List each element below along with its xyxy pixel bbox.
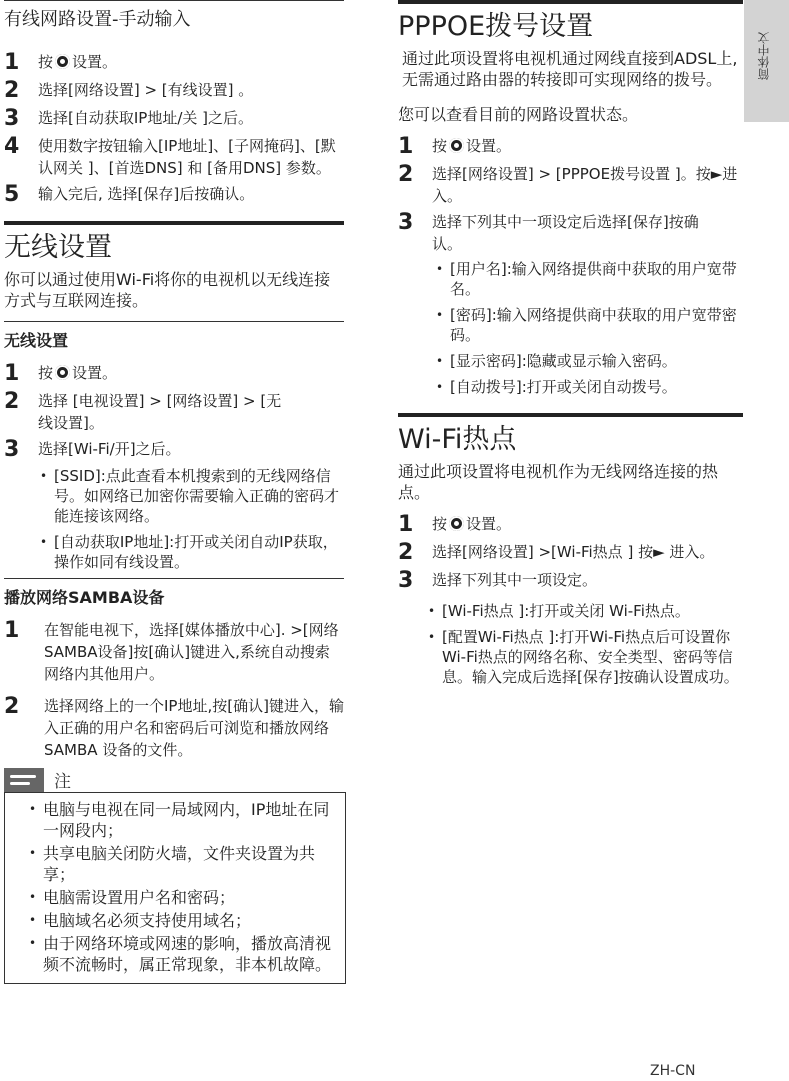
list-item: [自动拨号]:打开或关闭自动拨号。 (436, 377, 743, 397)
note-item: 由于网络环境或网速的影响，播放高清视频不流畅时，属正常现象，非本机故障。 (35, 933, 337, 975)
list-item: [用户名]:输入网络提供商中获取的用户宽带名。 (436, 259, 743, 299)
note-box: 电脑与电视在同一局域网内，IP地址在同一网段内； 共享电脑关闭防火墙，文件夹设置… (4, 792, 346, 984)
step: 5 输入完后, 选择[保存]后按确认。 (4, 183, 344, 207)
step: 4 使用数字按钮输入[IP地址]、[子网掩码]、[默认网关 ]、[首选DNS] … (4, 135, 344, 179)
section-title-samba: 播放网络SAMBA设备 (4, 587, 344, 609)
pppoe-options-list: [用户名]:输入网络提供商中获取的用户宽带名。 [密码]:输入网络提供商中获取的… (436, 259, 743, 397)
settings-gear-icon (449, 516, 464, 531)
step: 1 按设置。 (4, 362, 344, 386)
section-divider (4, 221, 344, 225)
step: 2 选择 [电视设置] > [网络设置] > [无线设置]。 (4, 390, 344, 434)
step: 2 选择[网络设置] > [有线设置] 。 (4, 79, 344, 103)
hotspot-options-list: [Wi-Fi热点 ]:打开或关闭 Wi-Fi热点。 [配置Wi-Fi热点 ]:打… (428, 601, 743, 687)
note-label: 注 (54, 767, 71, 792)
page-locale-footer: ZH-CN (650, 1063, 695, 1079)
pppoe-intro-status: 您可以查看目前的网路设置状态。 (398, 104, 743, 125)
language-label: 简体中文 (757, 32, 777, 80)
divider (4, 321, 344, 322)
step: 1 在智能电视下，选择[媒体播放中心]. >[网络SAMBA设备]按[确认]键进… (4, 619, 344, 685)
wireless-intro: 你可以通过使用Wi-Fi将你的电视机以无线连接方式与互联网连接。 (4, 269, 344, 311)
step: 1 按设置。 (398, 513, 743, 537)
section-divider (398, 0, 743, 4)
note-item: 共享电脑关闭防火墙，文件夹设置为共享； (35, 843, 337, 885)
step: 2 选择[网络设置] > [PPPOE拨号设置 ]。按►进入。 (398, 163, 743, 207)
section-divider (398, 413, 743, 417)
settings-gear-icon (55, 365, 70, 380)
section-title-hotspot: Wi-Fi热点 (398, 423, 743, 457)
step: 3 选择下列其中一项设定。 (398, 569, 743, 593)
hotspot-intro: 通过此项设置将电视机作为无线网络连接的热点。 (398, 461, 743, 503)
list-item: [显示密码]:隐藏或显示输入密码。 (436, 351, 743, 371)
list-item: [SSID]:点此查看本机搜索到的无线网络信号。如网络已加密你需要输入正确的密码… (40, 466, 344, 526)
list-item: [Wi-Fi热点 ]:打开或关闭 Wi-Fi热点。 (428, 601, 743, 621)
note-item: 电脑域名必须支持使用域名； (35, 910, 337, 931)
section-title-wireless: 无线设置 (4, 231, 344, 265)
step: 3 选择[Wi-Fi/开]之后。 (4, 438, 344, 462)
step: 1 按设置。 (398, 135, 743, 159)
pppoe-intro: 通过此项设置将电视机通过网线直接到ADSL上,无需通过路由器的转接即可实现网络的… (398, 48, 743, 90)
step: 2 选择网络上的一个IP地址,按[确认]键进入，输入正确的用户名和密码后可浏览和… (4, 695, 344, 761)
subsection-title-wireless: 无线设置 (4, 330, 344, 352)
list-item: [密码]:输入网络提供商中获取的用户宽带密码。 (436, 305, 743, 345)
wireless-options-list: [SSID]:点此查看本机搜索到的无线网络信号。如网络已加密你需要输入正确的密码… (40, 466, 344, 572)
settings-gear-icon (449, 138, 464, 153)
list-item: [配置Wi-Fi热点 ]:打开Wi-Fi热点后可设置你Wi-Fi热点的网络名称、… (428, 627, 743, 687)
divider (4, 578, 344, 579)
step: 1 按设置。 (4, 51, 344, 75)
settings-gear-icon (55, 54, 70, 69)
step: 3 选择下列其中一项设定后选择[保存]按确认。 (398, 211, 743, 255)
step: 2 选择[网络设置] >[Wi-Fi热点 ] 按► 进入。 (398, 541, 743, 565)
section-title-pppoe: PPPOE拨号设置 (398, 10, 743, 44)
section-title-manual: 有线网路设置-手动输入 (4, 7, 344, 33)
divider (4, 0, 344, 1)
note-header: 注 (4, 767, 344, 792)
list-item: [自动获取IP地址]:打开或关闭自动IP获取，操作如同有线设置。 (40, 532, 344, 572)
language-side-tab: 简体中文 (744, 0, 789, 122)
step: 3 选择[自动获取IP地址/关 ]之后。 (4, 107, 344, 131)
right-column: PPPOE拨号设置 通过此项设置将电视机通过网线直接到ADSL上,无需通过路由器… (398, 0, 743, 693)
note-item: 电脑与电视在同一局域网内，IP地址在同一网段内； (35, 799, 337, 841)
left-column: 有线网路设置-手动输入 1 按设置。 2 选择[网络设置] > [有线设置] 。… (4, 0, 344, 984)
note-item: 电脑需设置用户名和密码； (35, 887, 337, 908)
note-icon (4, 768, 44, 792)
